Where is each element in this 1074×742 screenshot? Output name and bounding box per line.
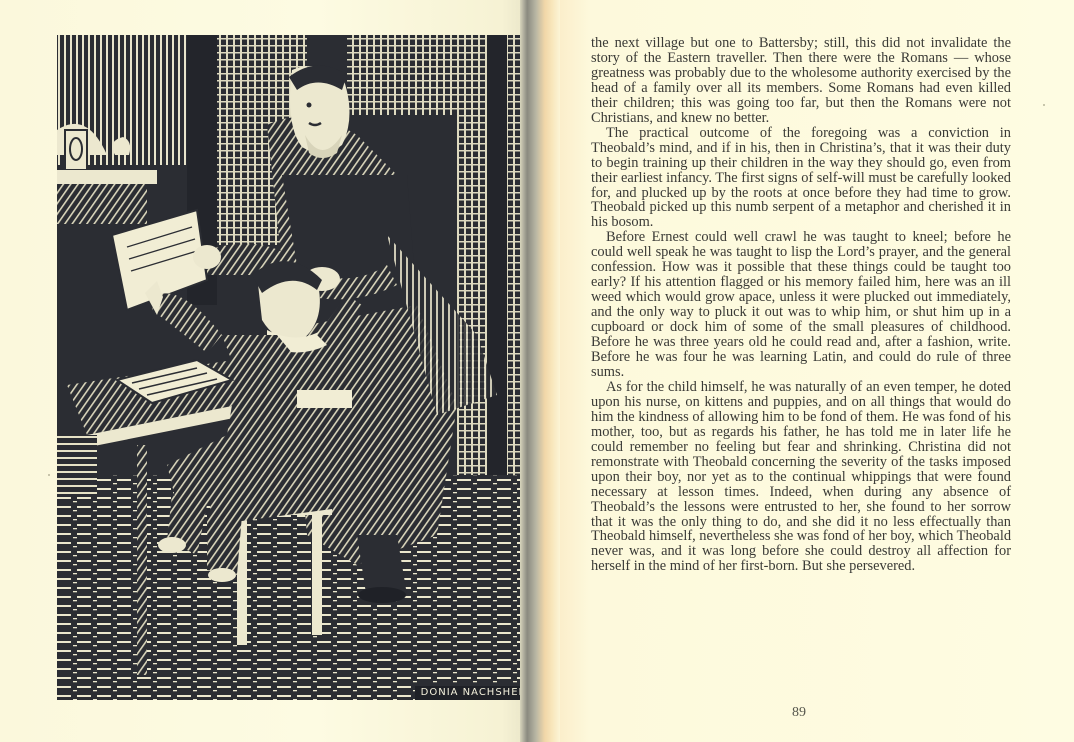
paper-speck [1043,104,1045,106]
book-spread: DONIA NACHSHEN the next village but one … [0,0,1074,742]
paragraph: Before Ernest could well crawl he was ta… [591,230,1011,380]
wood-engraving-illustration: DONIA NACHSHEN [57,35,533,700]
paragraph-continued: the next village but one to Battersby; s… [591,36,1011,126]
paper-speck [48,474,50,476]
artist-signature: DONIA NACHSHEN [415,686,533,700]
engraving-artwork [57,35,533,700]
body-text: the next village but one to Battersby; s… [591,36,1011,574]
book-gutter [520,0,560,742]
paragraph: As for the child himself, he was natural… [591,380,1011,574]
left-page: DONIA NACHSHEN [0,0,528,742]
page-number: 89 [787,705,811,721]
paragraph: The practical outcome of the foregoing w… [591,126,1011,231]
